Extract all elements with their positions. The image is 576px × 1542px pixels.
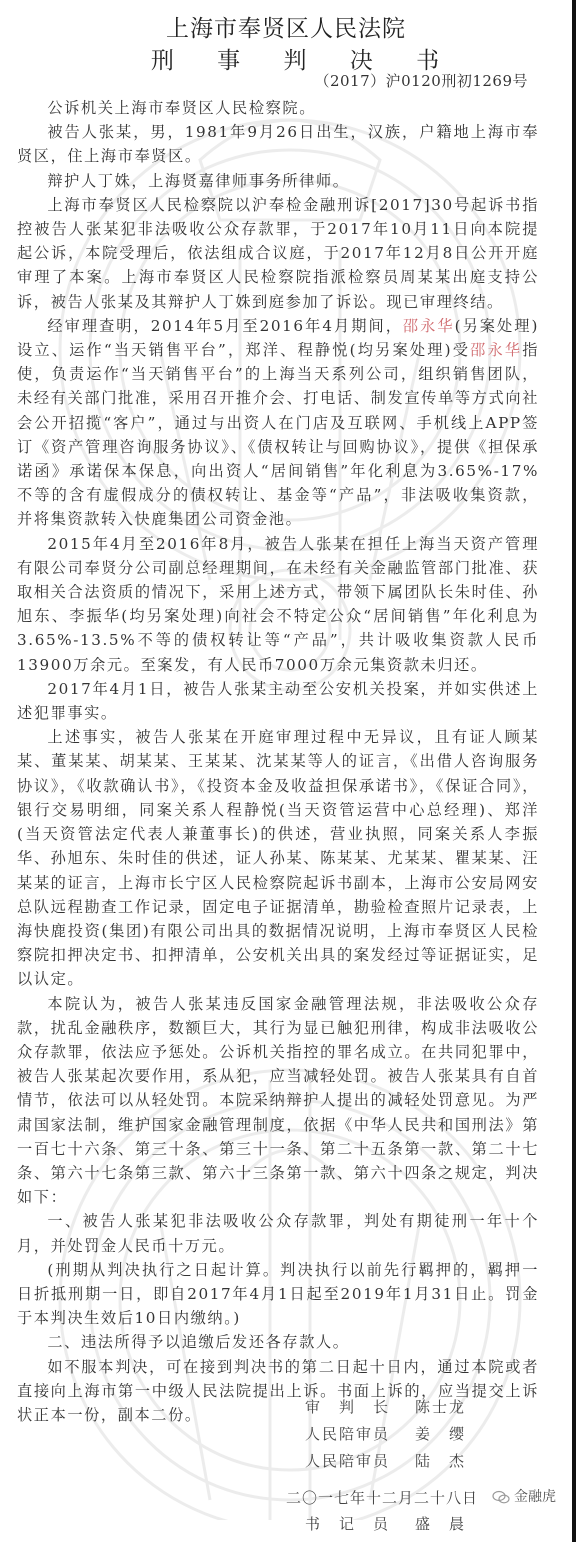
paragraph-sentence-term: (刑期从判决执行之日起计算。判决执行以前先行羁押的，羁押一日折抵刑期一日，即自2… — [17, 1258, 539, 1331]
signature-role: 审 判 长 — [305, 1396, 415, 1417]
signature-role: 人民陪审员 — [305, 1450, 415, 1471]
case-number: （2017）沪0120刑初1269号 — [314, 70, 528, 91]
signature-name: 姜 缨 — [415, 1423, 466, 1444]
judgment-page: 上海市奉贤区人民法院 刑 事 判 决 书 （2017）沪0120刑初1269号 … — [0, 0, 572, 1542]
paragraph-procedure: 上海市奉贤区人民检察院以沪奉检金融刑诉[2017]30号起诉书指控被告人张某犯非… — [17, 193, 539, 314]
judgment-body: 公诉机关上海市奉贤区人民检察院。 被告人张某，男，1981年9月26日出生，汉族… — [17, 96, 539, 1427]
signature-role: 书 记 员 — [305, 1513, 415, 1534]
paragraph-verdict-1: 一、被告人张某犯非法吸收公众存款罪，判处有期徒刑一年十个月，并处罚金人民币十万元… — [17, 1209, 539, 1257]
source-watermark: 金融虎 — [492, 1486, 556, 1506]
signature-name: 陆 杰 — [415, 1450, 466, 1471]
signature-juror-2: 人民陪审员陆 杰 — [305, 1450, 466, 1471]
paragraph-facts-found: 经审理查明，2014年5月至2016年4月期间，邵永华(另案处理)设立、运作“当… — [17, 314, 539, 532]
paragraph-defender: 辩护人丁姝，上海贤嘉律师事务所律师。 — [17, 169, 539, 193]
signature-name: 陈士龙 — [415, 1396, 466, 1417]
paragraph-verdict-2: 二、违法所得予以追缴后发还各存款人。 — [17, 1330, 539, 1354]
paragraph-court-opinion: 本院认为，被告人张某违反国家金融管理法规，非法吸收公众存款，扰乱金融秩序，数额巨… — [17, 992, 539, 1210]
highlighted-name: 邵永华 — [403, 317, 455, 335]
paragraph-evidence: 上述事实，被告人张某在开庭审理过程中无异议，且有证人顾某某、董某某、胡某某、王某… — [17, 725, 539, 991]
signature-clerk: 书 记 员盛 晨 — [305, 1513, 466, 1534]
wechat-icon — [492, 1490, 510, 1504]
signature-juror-1: 人民陪审员姜 缨 — [305, 1423, 466, 1444]
paragraph-surrender: 2017年4月1日，被告人张某主动至公安机关投案，并如实供述上述犯罪事实。 — [17, 677, 539, 725]
source-label: 金融虎 — [514, 1489, 556, 1505]
judgment-date: 二〇一七年十二月二十八日 — [286, 1487, 478, 1508]
facts-text: 经审理查明，2014年5月至2016年4月期间， — [47, 317, 403, 335]
signature-role: 人民陪审员 — [305, 1423, 415, 1444]
paragraph-defendant: 被告人张某，男，1981年9月26日出生，汉族，户籍地上海市奉贤区，住上海市奉贤… — [17, 120, 539, 168]
paragraph-prosecutor: 公诉机关上海市奉贤区人民检察院。 — [17, 96, 539, 120]
paragraph-defendant-conduct: 2015年4月至2016年8月，被告人张某在担任上海当天资产管理有限公司奉贤分公… — [17, 532, 539, 677]
page-edge-border — [572, 0, 576, 1542]
signature-presiding-judge: 审 判 长陈士龙 — [305, 1396, 466, 1417]
signature-name: 盛 晨 — [415, 1513, 466, 1534]
highlighted-name: 邵永华 — [470, 341, 522, 359]
court-name: 上海市奉贤区人民法院 — [0, 10, 572, 43]
facts-text: 指使，负责运作“当天销售平台”的上海当天系列公司，组织销售团队，未经有关部门批准… — [17, 341, 539, 528]
